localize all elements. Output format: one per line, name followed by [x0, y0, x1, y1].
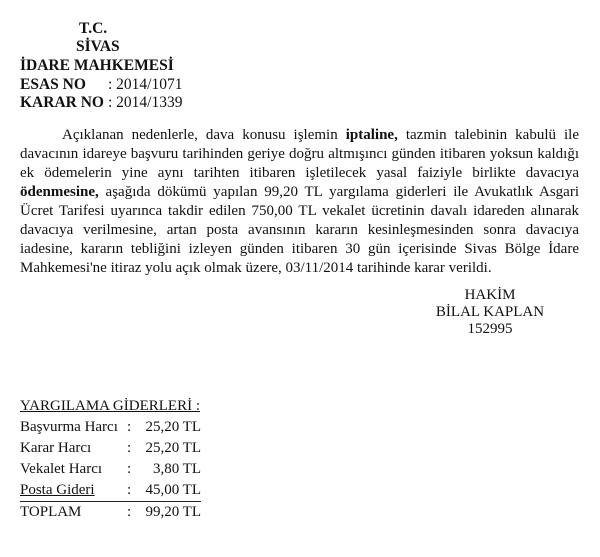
- decision-paragraph: Açıklanan nedenlerle, dava konusu işlemi…: [20, 126, 579, 278]
- judge-name: BİLAL KAPLAN: [420, 304, 560, 321]
- header-tc: T.C.: [79, 20, 107, 38]
- judge-title: HAKİM: [420, 287, 560, 304]
- cost-row: Vekalet Harcı : 3,80 TL: [20, 459, 201, 480]
- cost-label: Başvurma Harcı: [20, 417, 127, 438]
- esas-no-row: ESAS NO: 2014/1071: [20, 76, 183, 94]
- cost-amount: 25,20 TL: [145, 417, 201, 438]
- karar-no-value: : 2014/1339: [108, 94, 183, 111]
- cost-label: Karar Harcı: [20, 438, 127, 459]
- cost-amount: 3,80 TL: [145, 459, 201, 480]
- decision-text-rest: aşağıda dökümü yapılan 99,20 TL yargılam…: [20, 184, 579, 276]
- cost-row: Karar Harcı : 25,20 TL: [20, 438, 201, 459]
- cost-total-row: TOPLAM : 99,20 TL: [20, 502, 201, 523]
- cost-colon: :: [127, 480, 145, 501]
- cost-label: Posta Gideri: [20, 480, 127, 501]
- karar-no-label: KARAR NO: [20, 94, 108, 112]
- cost-amount: 45,00 TL: [145, 480, 201, 501]
- judge-sicil: 152995: [420, 321, 560, 338]
- cost-amount: 25,20 TL: [145, 438, 201, 459]
- decision-text-iptal: iptaline,: [346, 127, 398, 143]
- esas-no-label: ESAS NO: [20, 76, 108, 94]
- header-city: SİVAS: [76, 38, 120, 56]
- cost-colon: :: [127, 459, 145, 480]
- costs-table: YARGILAMA GİDERLERİ : Başvurma Harcı : 2…: [20, 396, 201, 523]
- cost-row: Başvurma Harcı : 25,20 TL: [20, 417, 201, 438]
- karar-no-row: KARAR NO: 2014/1339: [20, 94, 183, 112]
- cost-label: Vekalet Harcı: [20, 459, 127, 480]
- header-court: İDARE MAHKEMESİ: [20, 57, 174, 75]
- decision-text-intro: Açıklanan nedenlerle, dava konusu işlemi…: [62, 127, 346, 143]
- cost-colon: :: [127, 417, 145, 438]
- cost-total-amount: 99,20 TL: [145, 502, 201, 523]
- cost-row: Posta Gideri : 45,00 TL: [20, 480, 201, 502]
- cost-colon: :: [127, 438, 145, 459]
- cost-total-label: TOPLAM: [20, 502, 127, 523]
- judge-signature: HAKİM BİLAL KAPLAN 152995: [420, 287, 560, 338]
- decision-text-odenme: ödenmesine,: [20, 184, 99, 200]
- cost-colon: :: [127, 502, 145, 523]
- esas-no-value: : 2014/1071: [108, 76, 183, 93]
- costs-title: YARGILAMA GİDERLERİ :: [20, 396, 201, 417]
